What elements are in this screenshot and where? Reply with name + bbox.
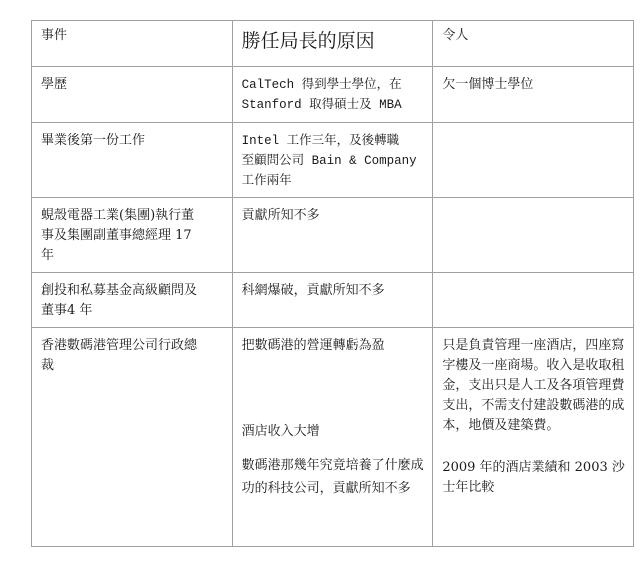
cell-comment: 只是負責管理一座酒店，四座寫字樓及一座商場。收入是收取租金，支出只是人工及各項管… — [433, 328, 634, 547]
text-line: CalTech 得到學士學位，在 — [242, 75, 425, 95]
text-line: Intel 工作三年，及後轉職 — [242, 131, 425, 151]
cell-comment — [433, 198, 634, 273]
reason-paragraph: 數碼港那幾年究竟培養了什麼成功的科技公司，貢獻所知不多 — [242, 454, 425, 500]
cell-comment: 欠一個博士學位 — [433, 67, 634, 123]
cell-reason: Intel 工作三年，及後轉職 至顧問公司 Bain & Company 工作兩… — [232, 123, 433, 198]
text-line: 香港數碼港管理公司行政總 — [41, 336, 224, 356]
table-row: 香港數碼港管理公司行政總 裁 把數碼港的營運轉虧為盈 酒店收入大增 數碼港那幾年… — [32, 328, 634, 547]
text-line: 工作兩年 — [242, 171, 425, 191]
cell-reason: 科網爆破，貢獻所知不多 — [232, 273, 433, 328]
header-comment: 令人 — [433, 21, 634, 67]
text-line: 裁 — [41, 356, 224, 376]
table-row: 畢業後第一份工作 Intel 工作三年，及後轉職 至顧問公司 Bain & Co… — [32, 123, 634, 198]
comment-paragraph: 只是負責管理一座酒店，四座寫字樓及一座商場。收入是收取租金，支出只是人工及各項管… — [442, 336, 625, 436]
table-row: 蜆殼電器工業(集團)執行董 事及集團副董事總經理 17 年 貢獻所知不多 — [32, 198, 634, 273]
comparison-table: 事件 勝任局長的原因 令人 學歷 CalTech 得到學士學位，在 Stanfo… — [31, 20, 634, 547]
table-row: 創投和私募基金高級顧問及 董事4 年 科網爆破，貢獻所知不多 — [32, 273, 634, 328]
text-line: Stanford 取得碩士及 MBA — [242, 95, 425, 115]
table-row: 學歷 CalTech 得到學士學位，在 Stanford 取得碩士及 MBA 欠… — [32, 67, 634, 123]
cell-event: 香港數碼港管理公司行政總 裁 — [32, 328, 233, 547]
text-line: 至顧問公司 Bain & Company — [242, 151, 425, 171]
cell-comment — [433, 123, 634, 198]
cell-comment — [433, 273, 634, 328]
text-line: 蜆殼電器工業(集團)執行董 — [41, 206, 224, 226]
cell-reason: 把數碼港的營運轉虧為盈 酒店收入大增 數碼港那幾年究竟培養了什麼成功的科技公司，… — [232, 328, 433, 547]
reason-paragraph: 把數碼港的營運轉虧為盈 — [242, 336, 425, 356]
header-reason: 勝任局長的原因 — [232, 21, 433, 67]
text-line: 年 — [41, 246, 224, 266]
cell-event: 創投和私募基金高級顧問及 董事4 年 — [32, 273, 233, 328]
header-row: 事件 勝任局長的原因 令人 — [32, 21, 634, 67]
cell-event: 畢業後第一份工作 — [32, 123, 233, 198]
cell-reason: 貢獻所知不多 — [232, 198, 433, 273]
text-line: 董事4 年 — [41, 301, 224, 321]
cell-event: 學歷 — [32, 67, 233, 123]
text-line: 創投和私募基金高級顧問及 — [41, 281, 224, 301]
reason-paragraph: 酒店收入大增 — [242, 422, 425, 442]
header-event: 事件 — [32, 21, 233, 67]
comment-paragraph: 2009 年的酒店業績和 2003 沙士年比較 — [442, 458, 625, 498]
text-line: 事及集團副董事總經理 17 — [41, 226, 224, 246]
cell-reason: CalTech 得到學士學位，在 Stanford 取得碩士及 MBA — [232, 67, 433, 123]
cell-event: 蜆殼電器工業(集團)執行董 事及集團副董事總經理 17 年 — [32, 198, 233, 273]
